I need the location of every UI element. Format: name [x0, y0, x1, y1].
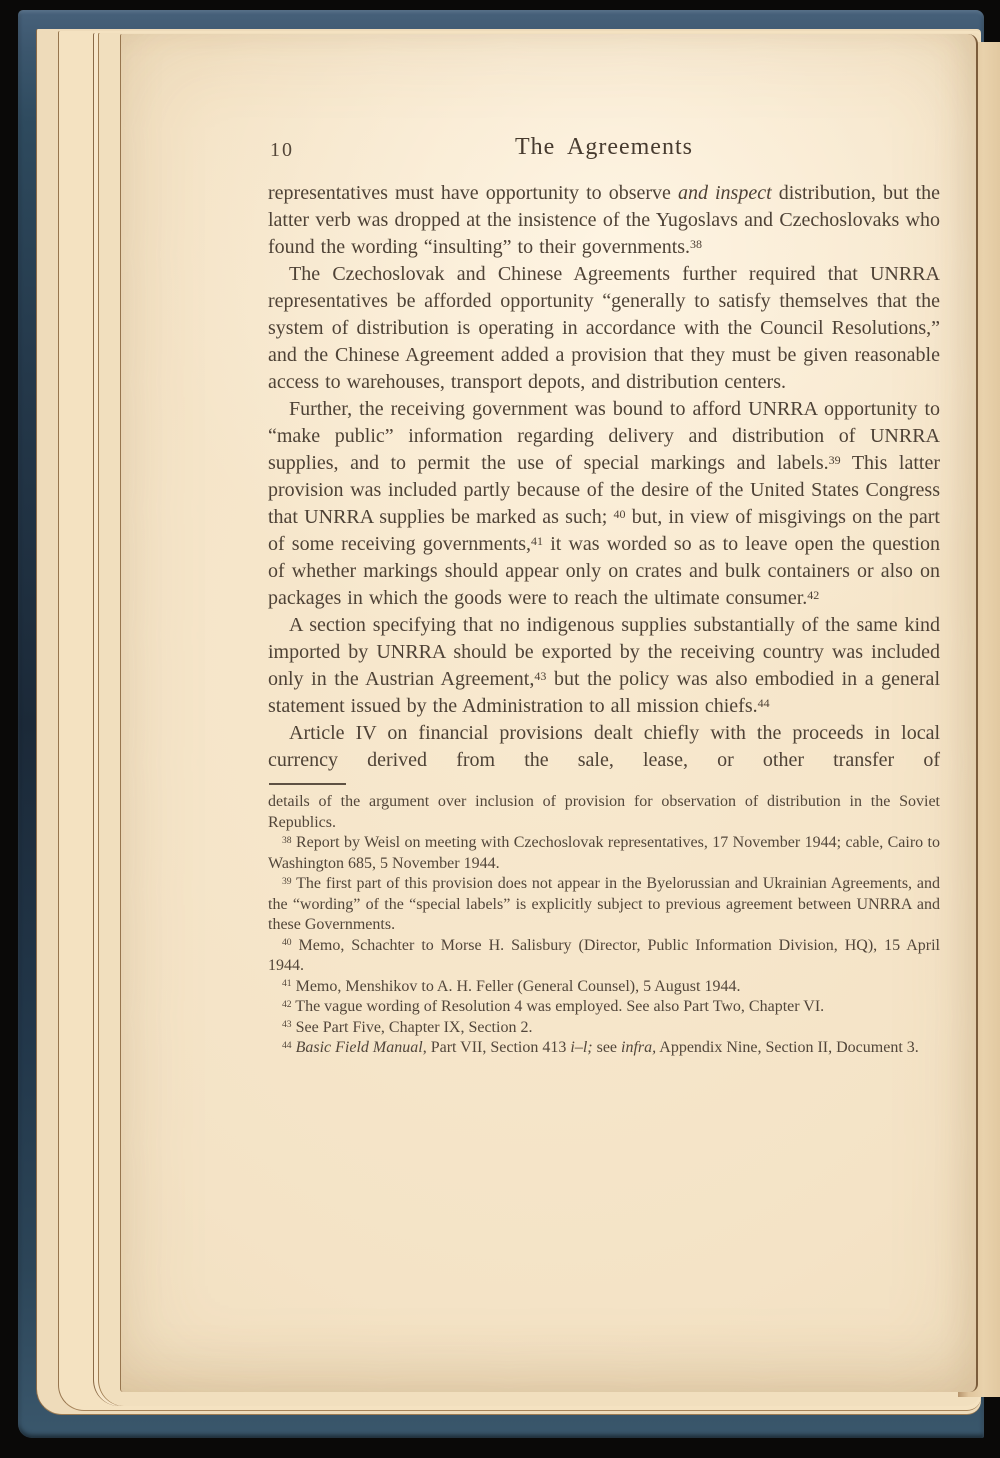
footnote: 43 See Part Five, Chapter IX, Section 2. [268, 1018, 940, 1039]
body-text: representatives must have opportunity to… [268, 180, 940, 774]
text-block: 10 The Agreements representatives must h… [268, 134, 940, 1059]
footnote: 44 Basic Field Manual, Part VII, Section… [268, 1038, 940, 1059]
footnotes: details of the argument over inclusion o… [268, 792, 940, 1059]
footnote: 40 Memo, Schachter to Morse H. Salisbury… [268, 936, 940, 977]
body-paragraph: The Czechoslovak and Chinese Agreements … [268, 261, 940, 396]
footnote-separator [269, 783, 346, 785]
book-page: 10 The Agreements representatives must h… [120, 34, 978, 1392]
footnote: 41 Memo, Menshikov to A. H. Feller (Gene… [268, 977, 940, 998]
body-paragraph: representatives must have opportunity to… [268, 180, 940, 261]
footnote: details of the argument over inclusion o… [268, 792, 940, 833]
page-number: 10 [270, 139, 294, 162]
body-paragraph: Further, the receiving government was bo… [268, 396, 940, 612]
footnote: 38 Report by Weisl on meeting with Czech… [268, 833, 940, 874]
body-paragraph: Article IV on financial provisions dealt… [268, 720, 940, 774]
running-title: The Agreements [268, 134, 940, 161]
body-paragraph: A section specifying that no indigenous … [268, 612, 940, 720]
page-header: 10 The Agreements [268, 134, 940, 166]
footnote: 39 The first part of this provision does… [268, 874, 940, 936]
footnote: 42 The vague wording of Resolution 4 was… [268, 997, 940, 1018]
book-scan: 10 The Agreements representatives must h… [0, 0, 1000, 1458]
